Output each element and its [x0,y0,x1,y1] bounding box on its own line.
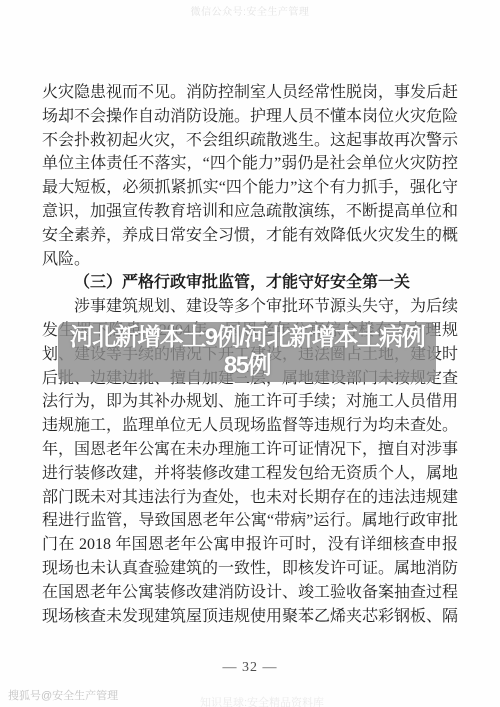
document-line: 最大短板，必须抓紧抓实“四个能力”这个有力抓手，强化守法 [42,176,458,200]
document-heading: （三）严格行政审批监管，才能守好安全第一关 [42,271,458,295]
document-line: 进行装修改建，并将装修改建工程发包给无资质个人，属地住建 [42,462,458,486]
document-line: 安全素养，养成日常安全习惯，才能有效降低火灾发生的概率和 [42,224,458,248]
watermark-bottom-center: 知识星球:安全精品资料库 [200,694,324,707]
headline-line2: 85例 [224,352,270,380]
headline-overlay: 河北新增本土9例/河北新增本土病例 85例 [58,322,436,382]
document-line: 现场核查未发现建筑屋顶违规使用聚苯乙烯夹芯彩钢板、隔墙耐 [42,605,458,629]
document-line: 年，国恩老年公寓在未办理施工许可证情况下，擅自对涉事建筑 [42,438,458,462]
watermark-bottom-left: 搜狐号@安全生产管理 [8,687,118,703]
document-line: 场却不会操作自动消防设施。护理人员不懂本岗位火灾危险性， [42,105,458,129]
document-line: 门在 2018 年国恩老年公寓申报许可时，没有详细核查申报材料， [42,533,458,557]
headline-line1: 河北新增本土9例/河北新增本土病例 [70,324,425,352]
document-line: 现场也未认真查验建筑的一致性，即核发许可证。属地消防部门 [42,557,458,581]
document-line: 不会扑救初起火灾，不会组织疏散逃生。这起事故再次警示我们， [42,129,458,153]
document-page: 微信公众号:安全生产管理 火灾隐患视而不见。消防控制室人员经常性脱岗，事发后赶回… [0,0,500,707]
document-line: 单位主体责任不落实，“四个能力”弱仍是社会单位火灾防控的 [42,152,458,176]
document-line: 火灾隐患视而不见。消防控制室人员经常性脱岗，事发后赶回现 [42,81,458,105]
document-line: 在国恩老年公寓装修改建消防设计、竣工验收备案抽查过程中， [42,581,458,605]
document-line: 涉事建筑规划、建设等多个审批环节源头失守，为后续事故 [42,295,458,319]
document-line: 程进行监管，导致国恩老年公寓“带病”运行。属地行政审批部 [42,509,458,533]
watermark-top: 微信公众号:安全生产管理 [0,3,500,18]
document-line: 法行为，即为其补办规划、施工许可手续；对施工人员借用资质 [42,390,458,414]
page-number: — 32 — [0,660,500,676]
document-line: 违规施工，监理单位无人员现场监督等违规行为均未查处。2018 [42,414,458,438]
document-line: 意识，加强宣传教育培训和应急疏散演练，不断提高单位和群众 [42,200,458,224]
document-line: 风险。 [42,248,458,272]
document-line: 部门既未对其违法行为查处，也未对长期存在的违法违规建设工 [42,486,458,510]
